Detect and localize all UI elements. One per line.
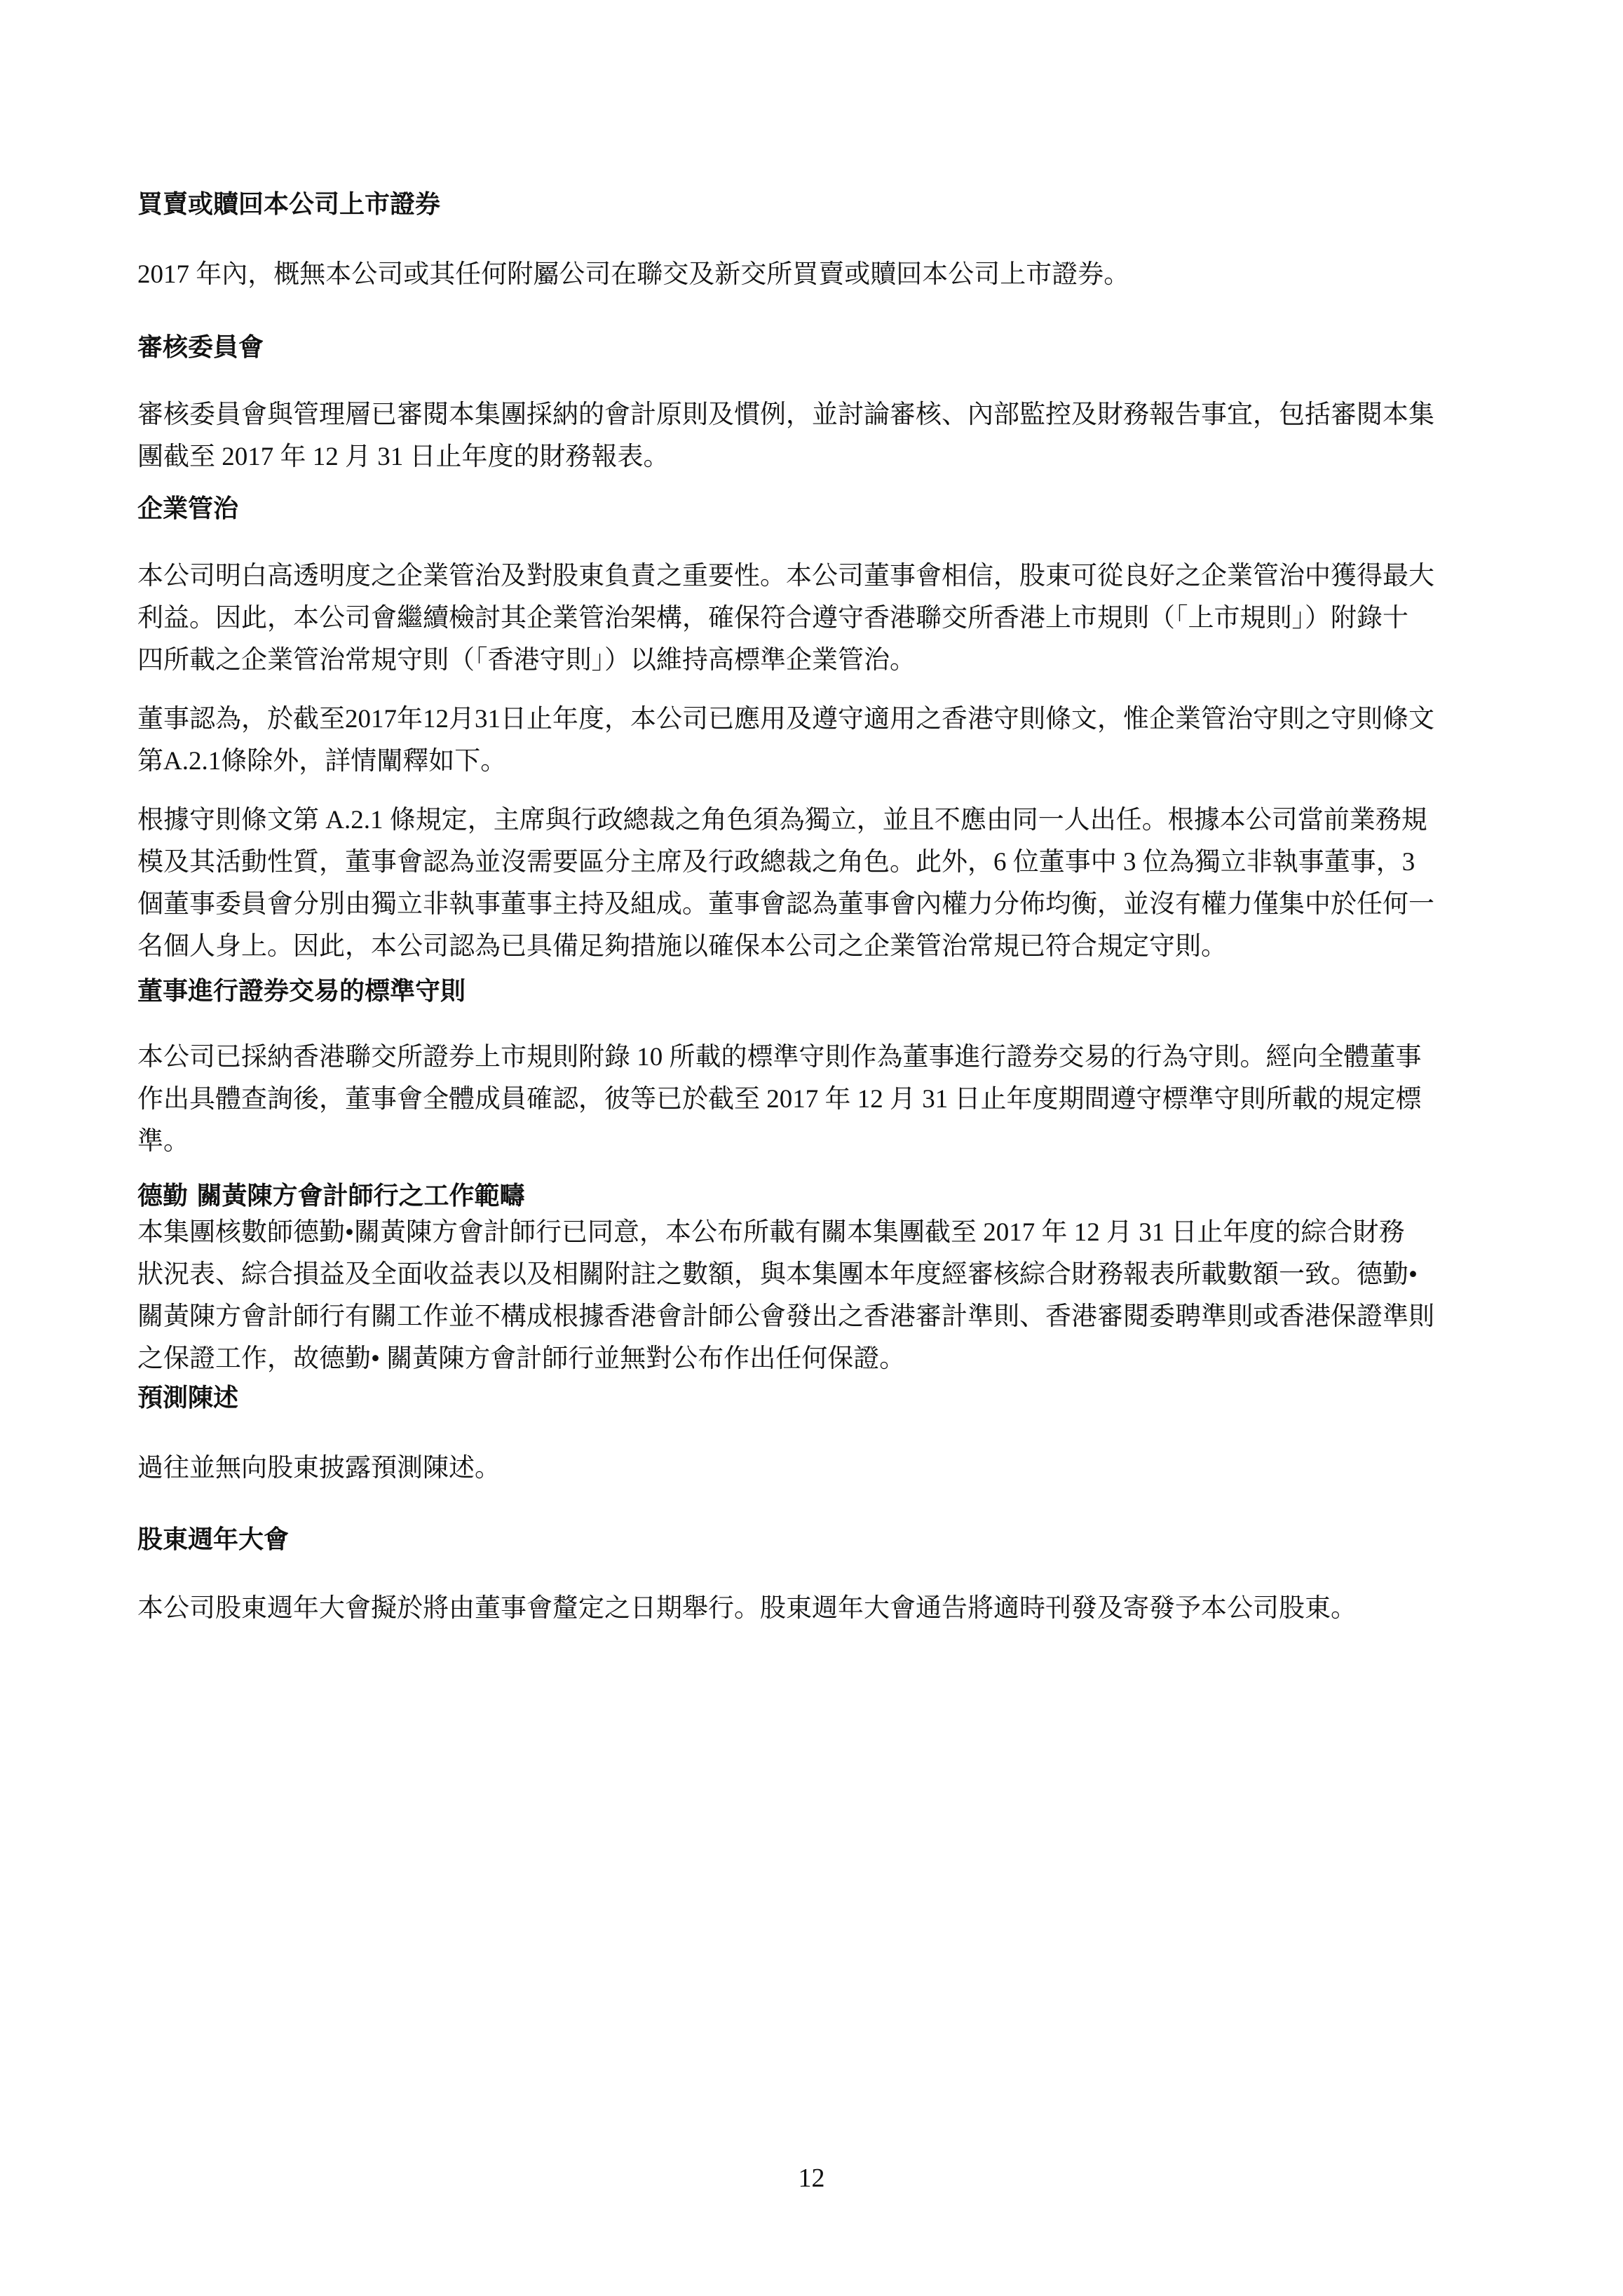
text-line: 狀況表、綜合損益及全面收益表以及相關附註之數額，與本集團本年度經審核綜合財務報表… (137, 1254, 1512, 1296)
paragraph-agm: 本公司股東週年大會擬於將由董事會釐定之日期舉行。股東週年大會通告將適時刊發及寄發… (137, 1588, 1512, 1630)
text-line: 本公司已採納香港聯交所證券上市規則附錄 10 所載的標準守則作為董事進行證券交易… (137, 1036, 1512, 1079)
text-line: 第A.2.1條除外，詳情闡釋如下。 (137, 741, 1512, 783)
paragraph-securities: 2017 年內，概無本公司或其任何附屬公司在聯交及新交所買賣或贖回本公司上市證券… (137, 254, 1512, 296)
paragraph-auditor-scope: 本集團核數師德勤•關黃陳方會計師行已同意，本公布所載有關本集團截至 2017 年… (137, 1212, 1512, 1380)
section-heading-audit-committee: 審核委員會 (137, 332, 1512, 363)
section-heading-model-code: 董事進行證券交易的標準守則 (137, 976, 1512, 1007)
text-line: 本集團核數師德勤•關黃陳方會計師行已同意，本公布所載有關本集團截至 2017 年… (137, 1212, 1512, 1254)
page-number: 12 (0, 2161, 1623, 2195)
paragraph-model-code: 本公司已採納香港聯交所證券上市規則附錄 10 所載的標準守則作為董事進行證券交易… (137, 1036, 1512, 1163)
document-page: 買賣或贖回本公司上市證券 2017 年內，概無本公司或其任何附屬公司在聯交及新交… (0, 0, 1623, 2296)
section-heading-agm: 股東週年大會 (137, 1525, 1512, 1555)
text-line: 四所載之企業管治常規守則（「香港守則」）以維持高標準企業管治。 (137, 640, 1512, 682)
text-line: 關黃陳方會計師行有關工作並不構成根據香港會計師公會發出之香港審計準則、香港審閱委… (137, 1296, 1512, 1338)
paragraph-governance-3: 根據守則條文第 A.2.1 條規定，主席與行政總裁之角色須為獨立，並且不應由同一… (137, 799, 1512, 968)
section-heading-forward-statements: 預測陳述 (137, 1383, 1512, 1414)
text-line: 模及其活動性質，董事會認為並沒需要區分主席及行政總裁之角色。此外，6 位董事中 … (137, 842, 1512, 884)
text-line: 過往並無向股東披露預測陳述。 (137, 1447, 1512, 1490)
text-line: 董事認為，於截至2017年12月31日止年度，本公司已應用及遵守適用之香港守則條… (137, 698, 1512, 741)
text-line: 本公司明白高透明度之企業管治及對股東負責之重要性。本公司董事會相信，股東可從良好… (137, 555, 1512, 597)
text-line: 名個人身上。因此，本公司認為已具備足夠措施以確保本公司之企業管治常規已符合規定守… (137, 926, 1512, 968)
text-line: 之保證工作，故德勤• 關黃陳方會計師行並無對公布作出任何保證。 (137, 1338, 1512, 1380)
paragraph-audit-committee: 審核委員會與管理層已審閱本集團採納的會計原則及慣例，並討論審核、內部監控及財務報… (137, 394, 1512, 478)
paragraph-forward-statements: 過往並無向股東披露預測陳述。 (137, 1447, 1512, 1490)
section-heading-auditor-scope: 德勤 關黃陳方會計師行之工作範疇 (137, 1181, 1512, 1212)
section-heading-securities: 買賣或贖回本公司上市證券 (137, 189, 1512, 220)
paragraph-governance-2: 董事認為，於截至2017年12月31日止年度，本公司已應用及遵守適用之香港守則條… (137, 698, 1512, 783)
text-line: 本公司股東週年大會擬於將由董事會釐定之日期舉行。股東週年大會通告將適時刊發及寄發… (137, 1588, 1512, 1630)
text-line: 2017 年內，概無本公司或其任何附屬公司在聯交及新交所買賣或贖回本公司上市證券… (137, 254, 1512, 296)
text-line: 個董事委員會分別由獨立非執事董事主持及組成。董事會認為董事會內權力分佈均衡，並沒… (137, 884, 1512, 926)
text-line: 根據守則條文第 A.2.1 條規定，主席與行政總裁之角色須為獨立，並且不應由同一… (137, 799, 1512, 842)
section-heading-corporate-governance: 企業管治 (137, 494, 1512, 525)
paragraph-governance-1: 本公司明白高透明度之企業管治及對股東負責之重要性。本公司董事會相信，股東可從良好… (137, 555, 1512, 682)
text-line: 利益。因此，本公司會繼續檢討其企業管治架構，確保符合遵守香港聯交所香港上市規則（… (137, 597, 1512, 640)
text-line: 作出具體查詢後，董事會全體成員確認，彼等已於截至 2017 年 12 月 31 … (137, 1079, 1512, 1121)
text-line: 審核委員會與管理層已審閱本集團採納的會計原則及慣例，並討論審核、內部監控及財務報… (137, 394, 1512, 436)
text-line: 團截至 2017 年 12 月 31 日止年度的財務報表。 (137, 436, 1512, 478)
text-line: 準。 (137, 1121, 1512, 1163)
